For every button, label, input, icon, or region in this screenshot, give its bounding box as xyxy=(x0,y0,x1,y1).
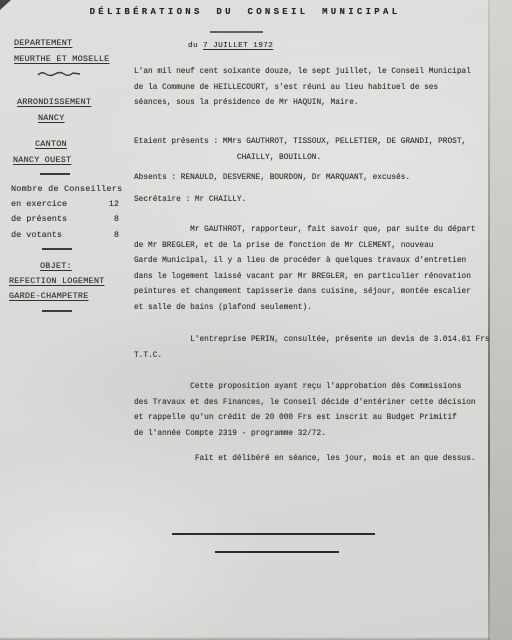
paragraph-absents: Absents : RENAULD, DESVERNE, BOURDON, Dr… xyxy=(134,171,410,187)
paragraph-decision: Cette proposition ayant reçu l'approbati… xyxy=(134,380,476,442)
sidebar-canton-value: NANCY OUEST xyxy=(13,155,71,165)
counter-value: 8 xyxy=(114,230,119,240)
paragraph-secretary: Secrétaire : Mr CHAILLY. xyxy=(134,193,246,209)
paragraph-attendees: Etaient présents : MMrs GAUTHROT, TISSOU… xyxy=(134,135,466,166)
counter-label: de votants xyxy=(11,230,62,240)
counter-row-exercice: en exercice 12 xyxy=(11,199,119,209)
sidebar-department-value: MEURTHE ET MOSELLE xyxy=(14,54,109,64)
closing-rule-long xyxy=(172,533,375,535)
paragraph-closing: Fait et délibéré en séance, les jour, mo… xyxy=(134,452,476,468)
corner-mark xyxy=(0,0,11,10)
sidebar-divider-1 xyxy=(40,173,70,175)
document-title: DÉLIBÉRATIONS DU CONSEIL MUNICIPAL xyxy=(55,7,435,17)
sidebar-arrondissement-value: NANCY xyxy=(38,113,65,123)
paragraph-opening: L'an mil neuf cent soixante douze, le se… xyxy=(134,65,471,112)
session-date-value: 7 JUILLET 1972 xyxy=(203,42,273,50)
sidebar-arrondissement-label: ARRONDISSEMENT xyxy=(17,97,91,107)
objet-label: OBJET: xyxy=(40,261,72,271)
sidebar-divider-3 xyxy=(42,310,72,312)
objet-line2: GARDE-CHAMPETRE xyxy=(9,291,89,301)
counter-row-votants: de votants 8 xyxy=(11,230,119,240)
counter-row-presents: de présents 8 xyxy=(11,214,119,224)
closing-rule-short xyxy=(215,551,339,553)
paragraph-quote: L'entreprise PERIN, consultée, présente … xyxy=(134,333,490,364)
counter-label: en exercice xyxy=(11,199,67,209)
document-page: DÉLIBÉRATIONS DU CONSEIL MUNICIPAL du 7 … xyxy=(0,0,490,640)
photo-right-strip xyxy=(490,0,512,640)
session-date: du 7 JUILLET 1972 xyxy=(188,42,273,50)
counter-value: 8 xyxy=(114,214,119,224)
squiggle-divider xyxy=(37,70,81,78)
sidebar-department-label: DEPARTEMENT xyxy=(14,38,72,48)
sidebar-canton-label: CANTON xyxy=(35,139,67,149)
counter-label: de présents xyxy=(11,214,67,224)
paragraph-report: Mr GAUTHROT, rapporteur, fait savoir que… xyxy=(134,223,476,316)
sidebar-divider-2 xyxy=(42,248,72,250)
counter-value: 12 xyxy=(109,199,119,209)
objet-line1: REFECTION LOGEMENT xyxy=(9,276,104,286)
title-divider xyxy=(210,31,263,33)
counselors-heading: Nombre de Conseillers xyxy=(11,184,122,194)
session-date-prefix: du xyxy=(188,42,203,50)
scanned-photo: DÉLIBÉRATIONS DU CONSEIL MUNICIPAL du 7 … xyxy=(0,0,512,640)
